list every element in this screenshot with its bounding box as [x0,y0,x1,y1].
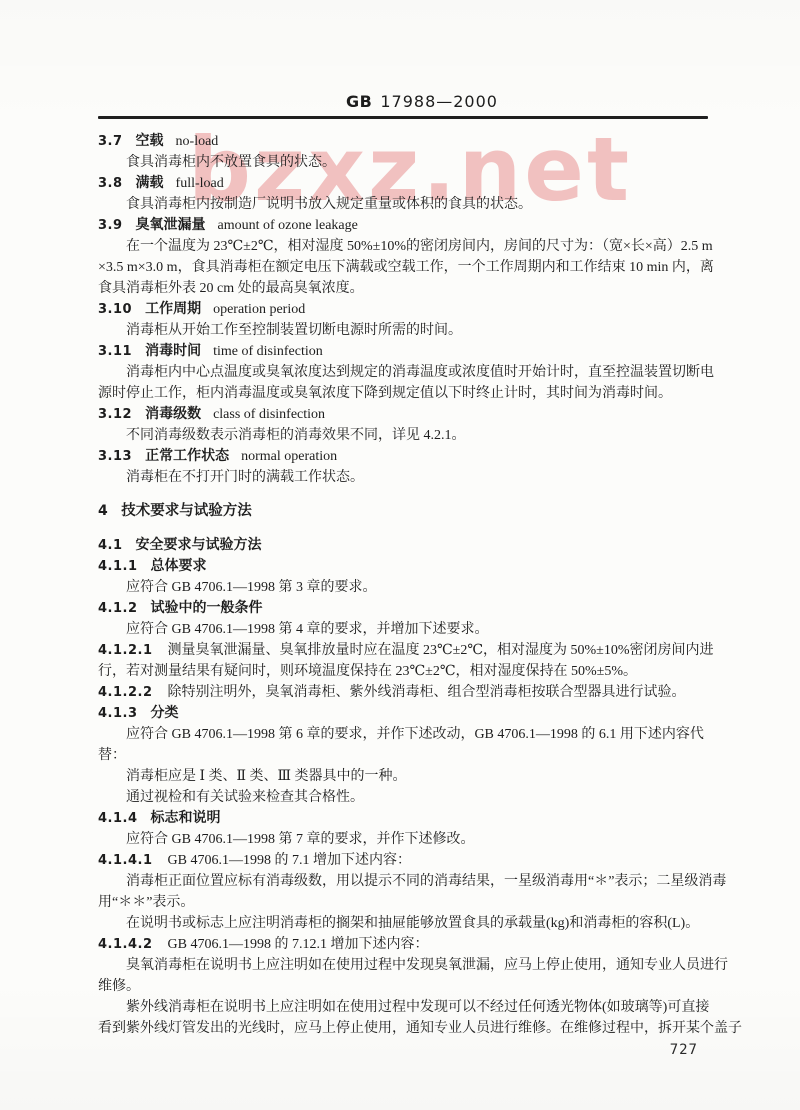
clause-number: 4.1 [98,538,123,553]
body-line: 看到紫外线灯管发出的光线时，应马上停止使用，通知专业人员进行维修。在维修过程中，… [98,1018,714,1039]
body-text: 维修。 [98,979,140,994]
clause-number: 4.1.4.2 [98,937,153,952]
header-divider [98,116,708,119]
heading-text-zh: 标志和说明 [151,810,221,826]
page-number: 727 [98,1042,698,1058]
heading-text-zh: 臭氧泄漏量 [136,217,206,233]
term-heading: 4.1.2试验中的一般条件 [98,598,714,619]
body-line: 紫外线消毒柜在说明书上应注明如在使用过程中发现可以不经过任何透光物体(如玻璃等)… [98,997,714,1018]
body-line: 维修。 [98,976,714,997]
standard-code-prefix: GB [346,92,372,111]
body-text: 应符合 GB 4706.1—1998 第 7 章的要求，并作下述修改。 [126,832,474,847]
body-text: 消毒柜应是 Ⅰ 类、Ⅱ 类、Ⅲ 类器具中的一种。 [126,769,407,784]
heading-text-zh: 消毒级数 [145,406,201,422]
body-text: 食具消毒柜外表 20 cm 处的最高臭氧浓度。 [98,281,364,296]
body-text: 应符合 GB 4706.1—1998 第 3 章的要求。 [126,580,376,595]
document-body: 3.7空载no-load食具消毒柜内不放置食具的状态。3.8满载full-loa… [98,131,714,1039]
body-line: 消毒柜应是 Ⅰ 类、Ⅱ 类、Ⅲ 类器具中的一种。 [98,766,714,787]
body-line: 应符合 GB 4706.1—1998 第 7 章的要求，并作下述修改。 [98,829,714,850]
body-text: 源时停止工作，柜内消毒温度或臭氧浓度下降到规定值以下时终止计时，其时间为消毒时间… [98,386,672,401]
heading-text-en: time of disinfection [213,344,323,359]
heading-text-zh: 分类 [151,705,179,721]
term-heading: 3.13正常工作状态normal operation [98,446,714,467]
body-text: 食具消毒柜内不放置食具的状态。 [126,155,336,170]
clause-number: 4.1.4 [98,811,138,826]
heading-text-zh: 空载 [136,133,164,149]
body-text: 消毒柜在不打开门时的满载工作状态。 [126,470,364,485]
body-text: 食具消毒柜内按制造厂说明书放入规定重量或体积的食具的状态。 [126,197,532,212]
clause-number: 3.10 [98,302,132,317]
term-heading: 3.9臭氧泄漏量amount of ozone leakage [98,215,714,236]
clause-number: 4 [98,503,108,519]
document-lines: 3.7空载no-load食具消毒柜内不放置食具的状态。3.8满载full-loa… [98,131,714,1039]
clause-number: 3.9 [98,218,123,233]
body-text: 通过视检和有关试验来检查其合格性。 [126,790,364,805]
body-line: 消毒柜从开始工作至控制装置切断电源时所需的时间。 [98,320,714,341]
heading-text-zh: 试验中的一般条件 [151,600,263,616]
body-text: 在说明书或标志上应注明消毒柜的搁架和抽屉能够放置食具的承载量(kg)和消毒柜的容… [126,916,699,931]
heading-text-en: operation period [213,302,305,317]
heading-text-zh: 安全要求与试验方法 [136,537,262,553]
standard-code-number: 17988—2000 [380,92,498,111]
body-text: 消毒柜内中心点温度或臭氧浓度达到规定的消毒温度或浓度值时开始计时，直至控温装置切… [126,365,714,380]
term-heading: 4.1.1总体要求 [98,556,714,577]
body-text: 替： [98,748,126,763]
clause-number: 3.8 [98,176,123,191]
body-text: 消毒柜正面位置应标有消毒级数，用以提示不同的消毒结果，一星级消毒用“＊”表示；二… [126,874,726,889]
body-line: 应符合 GB 4706.1—1998 第 6 章的要求，并作下述改动，GB 47… [98,724,714,745]
body-text: 臭氧消毒柜在说明书上应注明如在使用过程中发现臭氧泄漏，应马上停止使用，通知专业人… [126,958,728,973]
body-text: 应符合 GB 4706.1—1998 第 6 章的要求，并作下述改动，GB 47… [126,727,704,742]
heading-text-en: full-load [176,176,224,191]
clause-number: 4.1.4.1 [98,853,153,868]
body-text: GB 4706.1—1998 的 7.12.1 增加下述内容： [168,937,429,952]
body-text: 用“＊＊”表示。 [98,895,194,910]
clause-number: 4.1.2.1 [98,643,153,658]
body-line: 食具消毒柜内不放置食具的状态。 [98,152,714,173]
body-line: 在一个温度为 23℃±2℃，相对湿度 50%±10%的密闭房间内，房间的尺寸为：… [98,236,714,257]
body-line: 通过视检和有关试验来检查其合格性。 [98,787,714,808]
document-header: GB17988—2000 [0,92,800,112]
heading-text-zh: 总体要求 [151,558,207,574]
body-line: ×3.5 m×3.0 m，食具消毒柜在额定电压下满载或空载工作，一个工作周期内和… [98,257,714,278]
clause-number: 4.1.1 [98,559,138,574]
body-line: 应符合 GB 4706.1—1998 第 3 章的要求。 [98,577,714,598]
term-heading: 3.7空载no-load [98,131,714,152]
term-heading: 4.1.4标志和说明 [98,808,714,829]
clause-number: 4.1.3 [98,706,138,721]
clause-paragraph: 4.1.2.1测量臭氧泄漏量、臭氧排放量时应在温度 23℃±2℃，相对湿度为 5… [98,640,714,661]
body-line: 替： [98,745,714,766]
body-text: 消毒柜从开始工作至控制装置切断电源时所需的时间。 [126,323,462,338]
body-line: 消毒柜正面位置应标有消毒级数，用以提示不同的消毒结果，一星级消毒用“＊”表示；二… [98,871,714,892]
term-heading: 3.10工作周期operation period [98,299,714,320]
heading-text-zh: 技术要求与试验方法 [121,503,252,519]
body-line: 食具消毒柜外表 20 cm 处的最高臭氧浓度。 [98,278,714,299]
heading-text-en: class of disinfection [213,407,325,422]
term-heading: 4.1.3分类 [98,703,714,724]
body-text: 行，若对测量结果有疑问时，则环境温度保持在 23℃±2℃，相对湿度保持在 50%… [98,664,637,679]
body-text: 测量臭氧泄漏量、臭氧排放量时应在温度 23℃±2℃，相对湿度为 50%±10%密… [168,643,714,658]
body-text: 应符合 GB 4706.1—1998 第 4 章的要求，并增加下述要求。 [126,622,488,637]
body-text: 在一个温度为 23℃±2℃，相对湿度 50%±10%的密闭房间内，房间的尺寸为：… [126,239,713,254]
heading-text-en: no-load [176,134,219,149]
clause-number: 3.13 [98,449,132,464]
clause-paragraph: 4.1.2.2除特别注明外，臭氧消毒柜、紫外线消毒柜、组合型消毒柜按联合型器具进… [98,682,714,703]
clause-number: 3.11 [98,344,132,359]
body-line: 臭氧消毒柜在说明书上应注明如在使用过程中发现臭氧泄漏，应马上停止使用，通知专业人… [98,955,714,976]
clause-number: 3.12 [98,407,132,422]
heading-text-en: normal operation [241,449,337,464]
body-line: 源时停止工作，柜内消毒温度或臭氧浓度下降到规定值以下时终止计时，其时间为消毒时间… [98,383,714,404]
heading-text-en: amount of ozone leakage [218,218,358,233]
body-line: 应符合 GB 4706.1—1998 第 4 章的要求，并增加下述要求。 [98,619,714,640]
body-line: 不同消毒级数表示消毒柜的消毒效果不同，详见 4.2.1。 [98,425,714,446]
body-line: 在说明书或标志上应注明消毒柜的搁架和抽屉能够放置食具的承载量(kg)和消毒柜的容… [98,913,714,934]
scanned-standard-page: { "page": { "header": { "gb_label": "GB"… [0,0,800,1110]
clause-paragraph: 4.1.4.1GB 4706.1—1998 的 7.1 增加下述内容： [98,850,714,871]
heading-text-zh: 消毒时间 [145,343,201,359]
body-line: 消毒柜在不打开门时的满载工作状态。 [98,467,714,488]
body-text: ×3.5 m×3.0 m，食具消毒柜在额定电压下满载或空载工作，一个工作周期内和… [98,260,714,275]
heading-text-zh: 工作周期 [145,301,201,317]
term-heading: 4.1安全要求与试验方法 [98,535,714,556]
body-line: 食具消毒柜内按制造厂说明书放入规定重量或体积的食具的状态。 [98,194,714,215]
heading-text-zh: 满载 [136,175,164,191]
clause-number: 4.1.2 [98,601,138,616]
body-text: 除特别注明外，臭氧消毒柜、紫外线消毒柜、组合型消毒柜按联合型器具进行试验。 [168,685,686,700]
term-heading: 3.11消毒时间time of disinfection [98,341,714,362]
term-heading: 3.8满载full-load [98,173,714,194]
chapter-heading: 4技术要求与试验方法 [98,501,714,522]
body-text: 看到紫外线灯管发出的光线时，应马上停止使用，通知专业人员进行维修。在维修过程中，… [98,1021,742,1036]
term-heading: 3.12消毒级数class of disinfection [98,404,714,425]
clause-number: 4.1.2.2 [98,685,153,700]
clause-paragraph: 4.1.4.2GB 4706.1—1998 的 7.12.1 增加下述内容： [98,934,714,955]
body-line: 用“＊＊”表示。 [98,892,714,913]
body-text: 紫外线消毒柜在说明书上应注明如在使用过程中发现可以不经过任何透光物体(如玻璃等)… [126,1000,709,1015]
body-line: 消毒柜内中心点温度或臭氧浓度达到规定的消毒温度或浓度值时开始计时，直至控温装置切… [98,362,714,383]
body-line: 行，若对测量结果有疑问时，则环境温度保持在 23℃±2℃，相对湿度保持在 50%… [98,661,714,682]
clause-number: 3.7 [98,134,123,149]
heading-text-zh: 正常工作状态 [145,448,229,464]
body-text: 不同消毒级数表示消毒柜的消毒效果不同，详见 4.2.1。 [126,428,466,443]
body-text: GB 4706.1—1998 的 7.1 增加下述内容： [168,853,411,868]
